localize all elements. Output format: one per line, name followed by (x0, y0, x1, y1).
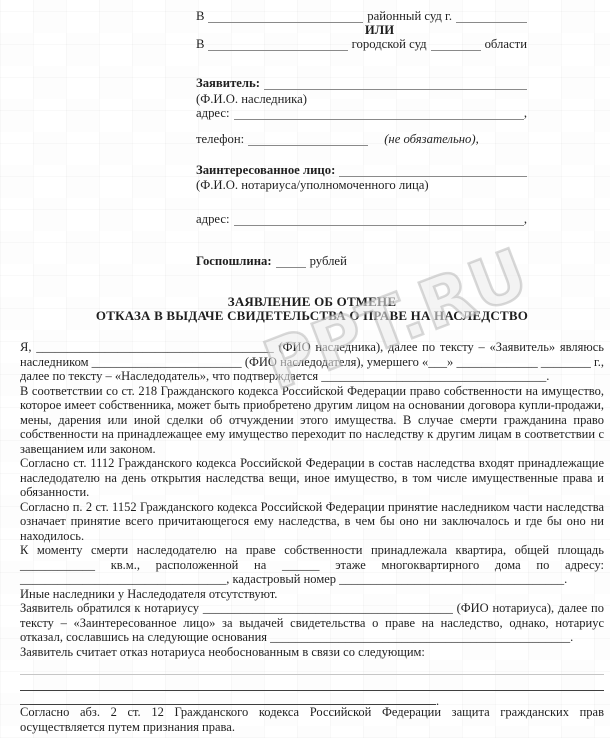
paragraph-article-218: В соответствии со ст. 218 Гражданского к… (20, 384, 604, 457)
court2-suffix: области (485, 38, 527, 51)
interested-label: Заинтересованное лицо: (196, 164, 335, 177)
interested-row: Заинтересованное лицо: (196, 164, 527, 177)
interested-name-blank (339, 164, 527, 177)
applicant-label: Заявитель: (196, 77, 260, 90)
reasons-blank-line-1 (20, 659, 604, 675)
court2-name-blank (208, 38, 347, 51)
paragraph-notary-refusal: Заявитель обратился к нотариусу ________… (20, 601, 604, 645)
court1-prefix: В (196, 10, 204, 23)
address2-blank (234, 213, 524, 226)
phone-row: телефон: (не обязательно), (196, 133, 527, 146)
fee-amount-blank (276, 255, 306, 268)
phone-note: (не обязательно), (384, 133, 479, 146)
paragraph-intro: Я, _____________________________________… (20, 340, 604, 384)
or-label: ИЛИ (365, 24, 394, 37)
paragraph-no-other-heirs: Иные наследники у Наследодателя отсутств… (20, 587, 604, 602)
address1-row: адрес: , (196, 107, 527, 120)
court-row-2: В городской суд области (196, 38, 527, 51)
applicant-hint-row: (Ф.И.О. наследника) (196, 93, 527, 106)
court1-city-blank (456, 10, 527, 23)
interested-hint: (Ф.И.О. нотариуса/уполномоченного лица) (196, 179, 429, 192)
document-page: { "header": { "court_option1": { "prefix… (0, 0, 610, 738)
applicant-name-blank (264, 77, 527, 90)
fee-row: Госпошлина: рублей (196, 255, 527, 268)
reasons-blank-line-3-rule (20, 691, 436, 705)
document-title-line1: ЗАЯВЛЕНИЕ ОБ ОТМЕНЕ (20, 295, 604, 309)
paragraph-article-12: Согласно абз. 2 ст. 12 Гражданского коде… (20, 705, 604, 734)
reasons-blank-line-2 (20, 675, 604, 691)
paragraph-article-1152: Согласно п. 2 ст. 1152 Гражданского коде… (20, 500, 604, 544)
paragraph-objection: Заявитель считает отказ нотариуса необос… (20, 645, 604, 660)
address1-label: адрес: (196, 107, 230, 120)
address2-row: адрес: , (196, 213, 527, 226)
phone-label: телефон: (196, 133, 244, 146)
phone-blank (248, 133, 368, 146)
document-body: Я, _____________________________________… (20, 340, 604, 734)
address2-comma: , (524, 213, 527, 226)
address2-label: адрес: (196, 213, 230, 226)
court2-label: городской суд (352, 38, 427, 51)
address1-comma: , (524, 107, 527, 120)
fee-label: Госпошлина: (196, 255, 272, 268)
court2-prefix: В (196, 38, 204, 51)
address1-blank (234, 107, 524, 120)
applicant-row: Заявитель: (196, 77, 527, 90)
paragraph-article-1112: Согласно ст. 1112 Гражданского кодекса Р… (20, 456, 604, 500)
document-title-line2: ОТКАЗА В ВЫДАЧЕ СВИДЕТЕЛЬСТВА О ПРАВЕ НА… (20, 309, 604, 323)
reasons-blank-line-3: . (20, 691, 604, 706)
court2-region-blank (431, 38, 481, 51)
or-divider: ИЛИ (196, 24, 545, 37)
court-row-1: В районный суд г. (196, 10, 527, 23)
interested-hint-row: (Ф.И.О. нотариуса/уполномоченного лица) (196, 179, 527, 192)
fee-suffix: рублей (310, 255, 347, 268)
applicant-hint: (Ф.И.О. наследника) (196, 93, 307, 106)
court1-label: районный суд г. (367, 10, 452, 23)
court1-name-blank (208, 10, 363, 23)
paragraph-apartment: К моменту смерти наследодателю на праве … (20, 543, 604, 587)
